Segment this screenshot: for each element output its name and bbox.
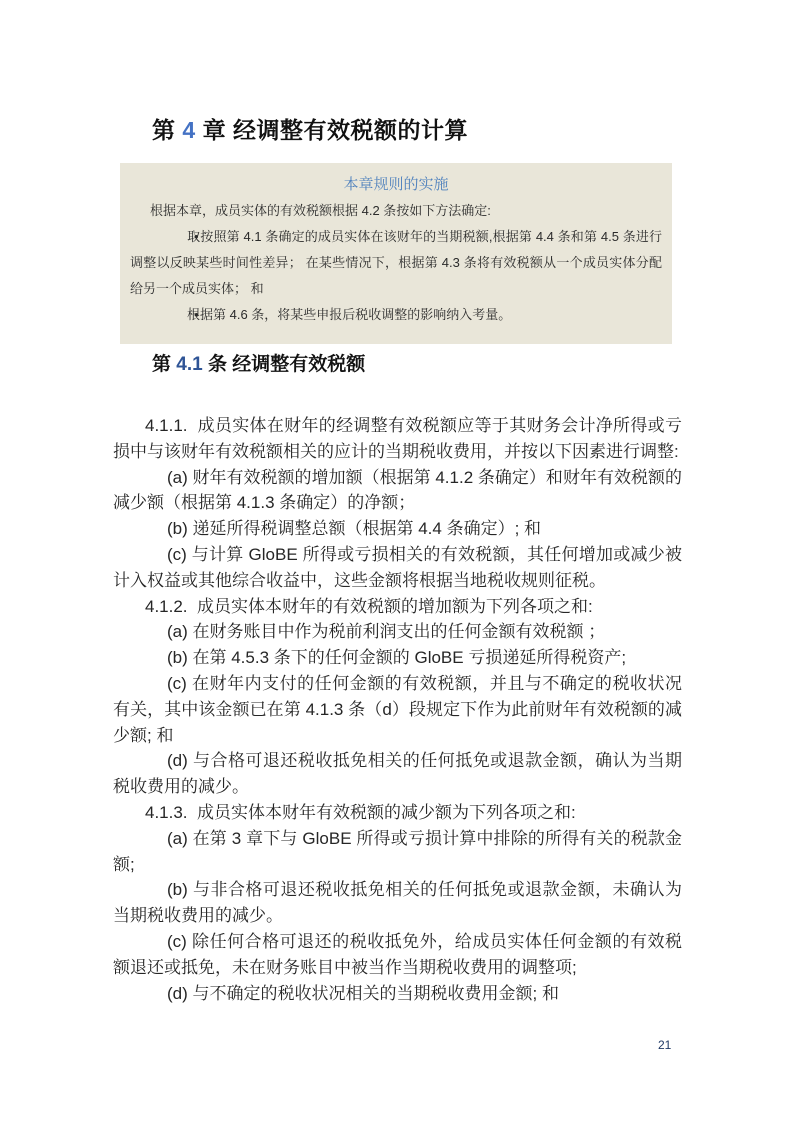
box-bullet-item: 根据第 4.6 条，将某些申报后税收调整的影响纳入考量。 [130,302,662,328]
box-bullet-item: 取按照第 4.1 条确定的成员实体在该财年的当期税额,根据第 4.4 条和第 4… [130,224,662,302]
chapter-number: 4 [182,117,195,143]
page-number: 21 [658,1038,671,1052]
body-paragraph: (d) 与合格可退还税收抵免相关的任何抵免或退款金额，确认为当期税收费用的减少。 [113,748,682,800]
section-body: 4.1.1. 成员实体在财年的经调整有效税额应等于其财务会计净所得或亏损中与该财… [113,413,682,1006]
body-paragraph: (c) 与计算 GloBE 所得或亏损相关的有效税额，其任何增加或减少被计入权益… [113,542,682,594]
body-paragraph: (a) 在财务账目中作为税前利润支出的任何金额有效税额 ； [113,619,682,645]
body-paragraph: (c) 在财年内支付的任何金额的有效税额，并且与不确定的税收状况有关，其中该金额… [113,671,682,748]
body-paragraph: 4.1.3. 成员实体本财年有效税额的减少额为下列各项之和: [113,800,682,826]
chapter-title: 第 4 章 经调整有效税额的计算 [152,112,468,145]
chapter-title-pre: 第 [152,117,182,143]
body-paragraph: 4.1.1. 成员实体在财年的经调整有效税额应等于其财务会计净所得或亏损中与该财… [113,413,682,465]
implementation-box-title: 本章规则的实施 [130,173,662,194]
chapter-title-post: 章 经调整有效税额的计算 [196,117,468,143]
body-paragraph: (b) 递延所得税调整总额（根据第 4.4 条确定）; 和 [113,516,682,542]
document-page: 第 4 章 经调整有效税额的计算 本章规则的实施 根据本章，成员实体的有效税额根… [0,0,794,1123]
section-number: 4.1 [176,354,202,375]
body-paragraph: (a) 在第 3 章下与 GloBE 所得或亏损计算中排除的所得有关的税款金额; [113,826,682,878]
body-paragraph: 4.1.2. 成员实体本财年的有效税额的增加额为下列各项之和: [113,594,682,620]
body-paragraph: (b) 在第 4.5.3 条下的任何金额的 GloBE 亏损递延所得税资产; [113,645,682,671]
body-paragraph: (a) 财年有效税额的增加额（根据第 4.1.2 条确定）和财年有效税额的减少额… [113,465,682,517]
section-heading-pre: 第 [152,354,176,375]
implementation-rules-box: 本章规则的实施 根据本章，成员实体的有效税额根据 4.2 条按如下方法确定: 取… [120,163,672,344]
section-heading: 第 4.1 条 经调整有效税额 [152,349,365,376]
body-paragraph: (b) 与非合格可退还税收抵免相关的任何抵免或退款金额，未确认为当期税收费用的减… [113,877,682,929]
section-heading-post: 条 经调整有效税额 [203,354,366,375]
implementation-box-intro: 根据本章，成员实体的有效税额根据 4.2 条按如下方法确定: [130,198,662,224]
body-paragraph: (c) 除任何合格可退还的税收抵免外，给成员实体任何金额的有效税额退还或抵免，未… [113,929,682,981]
body-paragraph: (d) 与不确定的税收状况相关的当期税收费用金额; 和 [113,981,682,1007]
